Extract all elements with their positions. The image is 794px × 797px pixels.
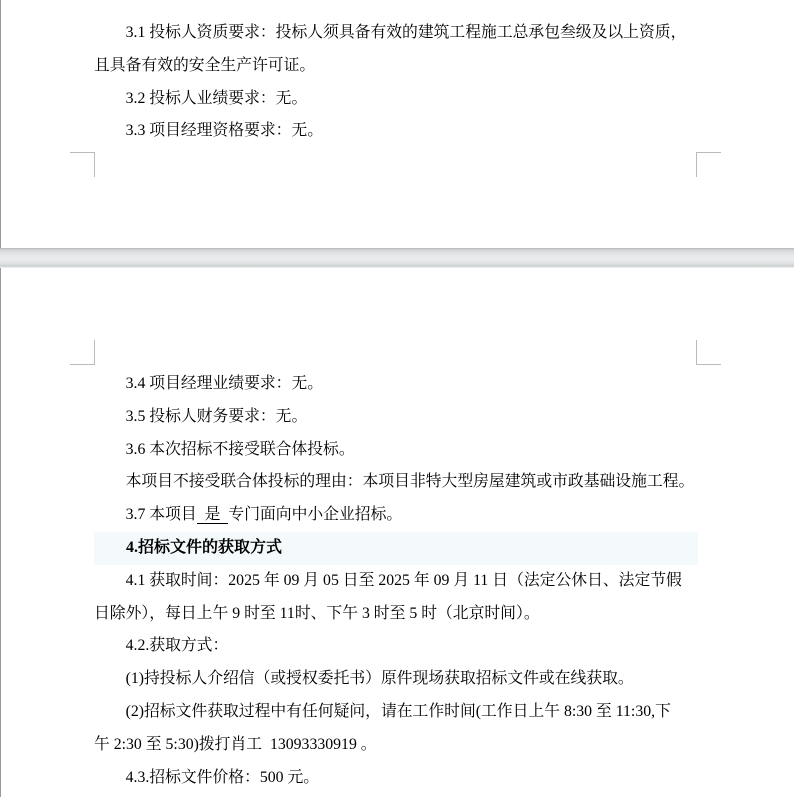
paragraph-3-7-prefix: 3.7 本项目 [126, 506, 197, 523]
document-page-1[interactable]: 3.1 投标人资质要求：投标人须具备有效的建筑工程施工总承包叁级及以上资质， 且… [0, 0, 794, 248]
document-page-2[interactable]: 3.4 项目经理业绩要求：无。 3.5 投标人财务要求：无。 3.6 本次招标不… [0, 268, 794, 797]
margin-corner-mark-top-right [696, 340, 721, 365]
paragraph-3-5[interactable]: 3.5 投标人财务要求：无。 [94, 401, 698, 434]
paragraph-3-4[interactable]: 3.4 项目经理业绩要求：无。 [94, 368, 698, 401]
paragraph-3-6[interactable]: 3.6 本次招标不接受联合体投标。 [94, 434, 698, 467]
page-1-text-block: 3.1 投标人资质要求：投标人须具备有效的建筑工程施工总承包叁级及以上资质， 且… [94, 17, 698, 148]
margin-corner-mark-bottom-left [70, 152, 95, 177]
paragraph-4-3[interactable]: 4.3.招标文件价格：500 元。 [94, 762, 698, 795]
paragraph-4-1[interactable]: 4.1 获取时间：2025 年 09 月 05 日至 2025 年 09 月 1… [94, 565, 698, 631]
paragraph-4-2-item-1[interactable]: (1)持投标人介绍信（或授权委托书）原件现场获取招标文件或在线获取。 [94, 663, 698, 696]
paragraph-3-7[interactable]: 3.7 本项目 是 专门面向中小企业招标。 [94, 499, 698, 532]
page-2-text-block: 3.4 项目经理业绩要求：无。 3.5 投标人财务要求：无。 3.6 本次招标不… [94, 368, 698, 794]
paragraph-no-consortium-reason[interactable]: 本项目不接受联合体投标的理由：本项目非特大型房屋建筑或市政基础设施工程。 [94, 466, 698, 499]
paragraph-4-2-item-2[interactable]: (2)招标文件获取过程中有任何疑问，请在工作时间(工作日上午 8:30 至 11… [94, 696, 698, 762]
paragraph-4-2[interactable]: 4.2.获取方式： [94, 630, 698, 663]
paragraph-3-1[interactable]: 3.1 投标人资质要求：投标人须具备有效的建筑工程施工总承包叁级及以上资质， 且… [94, 17, 698, 83]
paragraph-3-7-suffix: 专门面向中小企业招标。 [228, 506, 402, 523]
paragraph-3-2[interactable]: 3.2 投标人业绩要求：无。 [94, 83, 698, 116]
margin-corner-mark-top-left [70, 340, 95, 365]
margin-corner-mark-bottom-right [696, 152, 721, 177]
underlined-value-yes: 是 [197, 506, 229, 524]
paragraph-3-3[interactable]: 3.3 项目经理资格要求：无。 [94, 115, 698, 148]
section-heading-4[interactable]: 4.招标文件的获取方式 [94, 532, 698, 565]
page-break-gap [0, 248, 794, 268]
